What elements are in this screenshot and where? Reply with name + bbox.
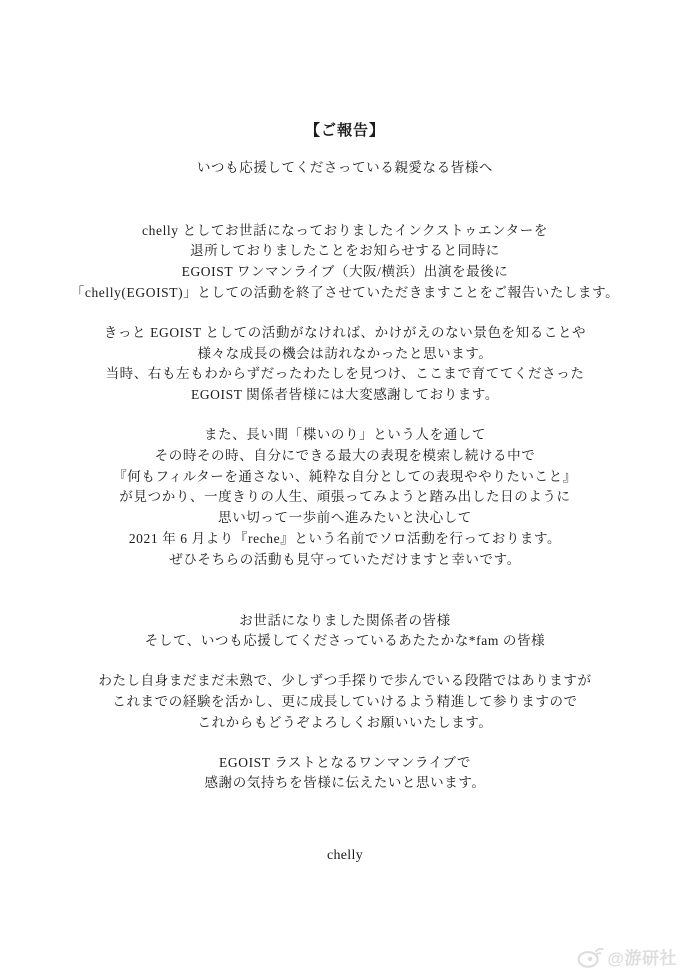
letter-line: これまでの経験を活かし、更に成長していけるよう精進して参りますので [0,692,690,713]
letter-title: 【ご報告】 [0,121,690,142]
announcement-page: 【ご報告】 いつも応援してくださっている親愛なる皆様へ chelly としてお世… [0,0,690,977]
letter-line: ぜひそちらの活動も見守っていただけますと幸いです。 [0,550,690,571]
letter-line: その時その時、自分にできる最大の表現を模索し続ける中で [0,446,690,467]
letter-line: EGOIST ワンマンライブ（大阪/横浜）出演を最後に [0,262,690,283]
letter-paragraph: また、長い間「楪いのり」という人を通して その時その時、自分にできる最大の表現を… [0,425,690,571]
letter-line: わたし自身まだまだ未熟で、少しずつ手探りで歩んでいる段階ではありますが [0,671,690,692]
letter-line: 感謝の気持ちを皆様に伝えたいと思います。 [0,773,690,794]
letter-paragraph: わたし自身まだまだ未熟で、少しずつ手探りで歩んでいる段階ではありますが これまで… [0,671,690,733]
signature: chelly [0,846,690,867]
letter-line: また、長い間「楪いのり」という人を通して [0,425,690,446]
watermark: @游研社 [577,944,677,969]
letter-line: 「chelly(EGOIST)」としての活動を終了させていただきますことをご報告… [0,283,690,304]
letter-salutation: いつも応援してくださっている親愛なる皆様へ [0,158,690,179]
letter-paragraph: お世話になりました関係者の皆様 そして、いつも応援してくださっているあたたかな*… [0,611,690,653]
letter-line: 思い切って一歩前へ進みたいと決心して [0,508,690,529]
letter-line: 『何もフィルターを通さない、純粋な自分としての表現ややりたいこと』 [0,467,690,488]
letter-line: EGOIST ラストとなるワンマンライブで [0,753,690,774]
letter-line: 2021 年 6 月より『reche』という名前でソロ活動を行っております。 [0,529,690,550]
watermark-handle: @游研社 [607,944,677,969]
letter-line: これからもどうぞよろしくお願いいたします。 [0,713,690,734]
weibo-icon [577,945,604,968]
letter-line: EGOIST 関係者皆様には大変感謝しております。 [0,385,690,406]
letter-body: 【ご報告】 いつも応援してくださっている親愛なる皆様へ chelly としてお世… [0,0,690,867]
letter-line: そして、いつも応援してくださっているあたたかな*fam の皆様 [0,631,690,652]
letter-paragraph: きっと EGOIST としての活動がなければ、かけがえのない景色を知ることや 様… [0,323,690,406]
letter-line: きっと EGOIST としての活動がなければ、かけがえのない景色を知ることや [0,323,690,344]
letter-line: 当時、右も左もわからずだったわたしを見つけ、ここまで育ててくださった [0,364,690,385]
letter-line: chelly としてお世話になっておりましたインクストゥエンターを [0,221,690,242]
letter-paragraph: EGOIST ラストとなるワンマンライブで 感謝の気持ちを皆様に伝えたいと思いま… [0,753,690,795]
letter-line: 様々な成長の機会は訪れなかったと思います。 [0,344,690,365]
letter-paragraph: chelly としてお世話になっておりましたインクストゥエンターを 退所しており… [0,221,690,304]
letter-line: が見つかり、一度きりの人生、頑張ってみようと踏み出した日のように [0,487,690,508]
letter-line: 退所しておりましたことをお知らせすると同時に [0,241,690,262]
letter-line: お世話になりました関係者の皆様 [0,611,690,632]
